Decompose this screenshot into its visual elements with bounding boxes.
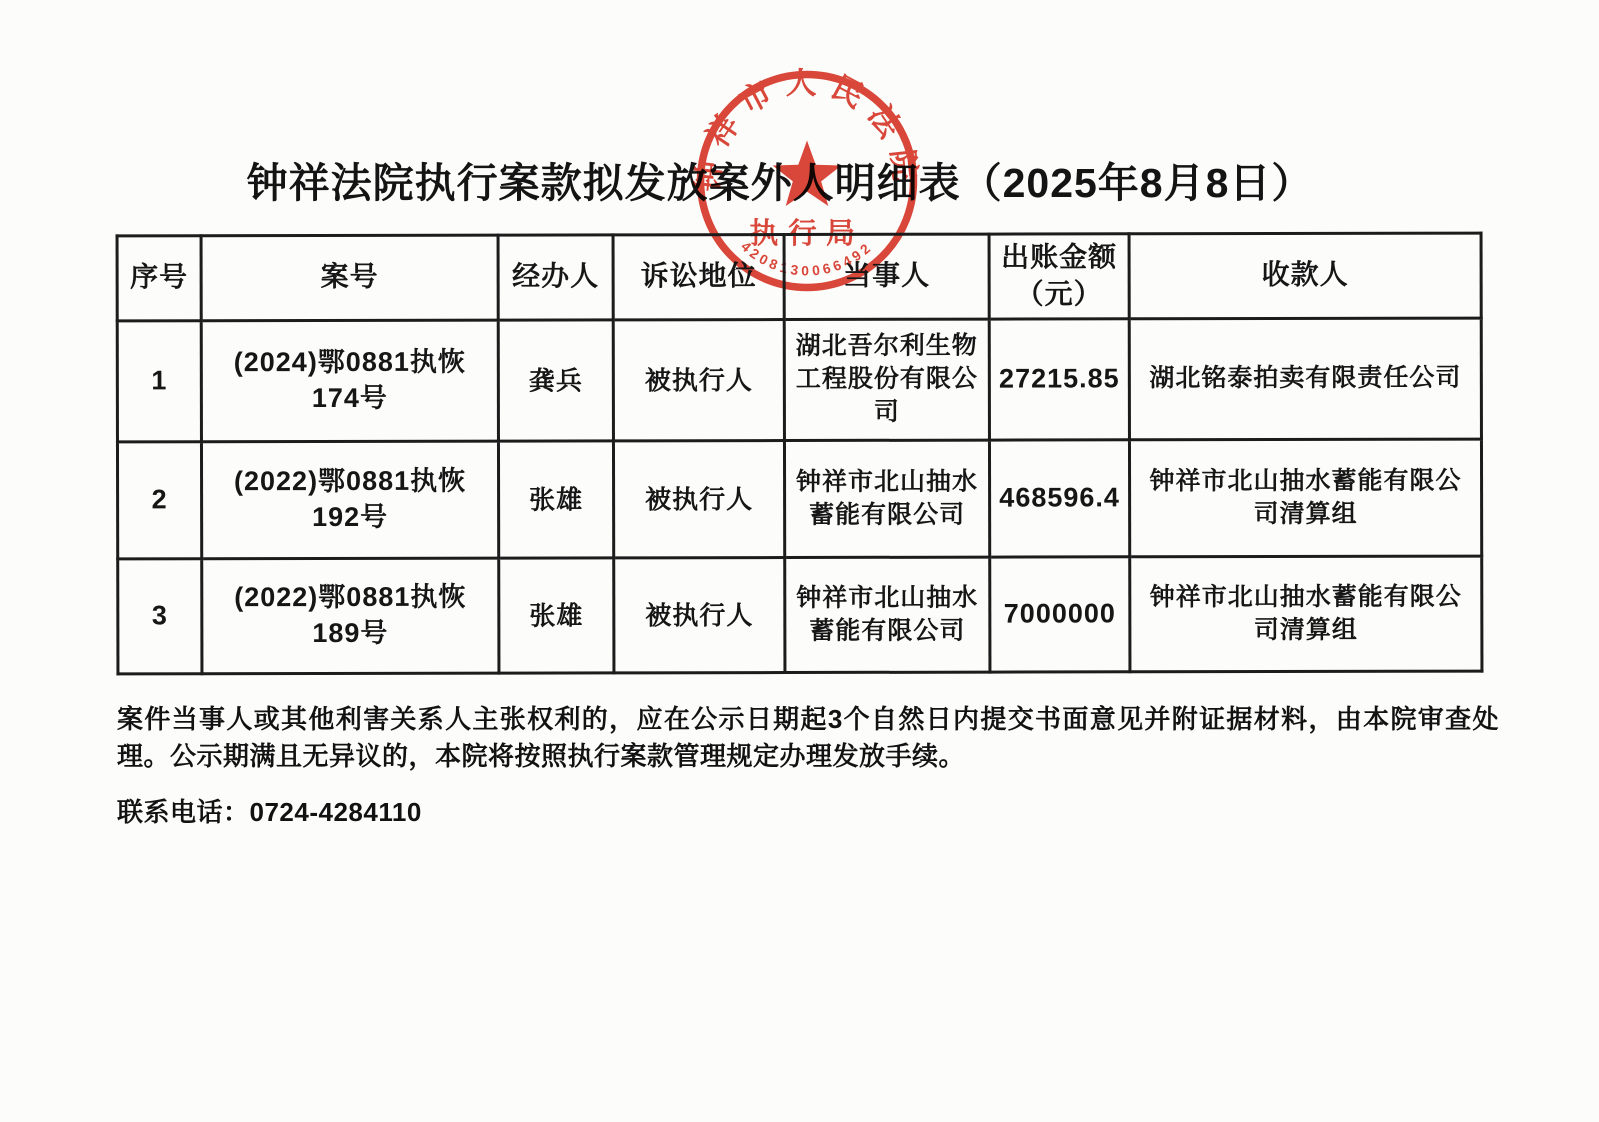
cell-amount: 468596.4 <box>989 440 1129 557</box>
cell-case-no: (2022)鄂0881执恢189号 <box>202 558 499 674</box>
cell-case-no: (2024)鄂0881执恢174号 <box>201 320 498 442</box>
table-row: 1 (2024)鄂0881执恢174号 龚兵 被执行人 湖北吾尔利生物工程股份有… <box>117 318 1481 442</box>
document-page: 钟祥法院执行案款拟发放案外人明细表（2025年8月8日） 钟祥市人民法院 执行局… <box>0 0 1599 1122</box>
cell-litigation-role: 被执行人 <box>613 319 784 440</box>
column-header-amount: 出账金额 （元） <box>989 234 1129 319</box>
column-header-case-no: 案号 <box>201 235 498 321</box>
cell-party: 钟祥市北山抽水蓄能有限公司 <box>784 440 989 557</box>
cell-party: 钟祥市北山抽水蓄能有限公司 <box>785 557 990 672</box>
cell-handler: 张雄 <box>498 441 613 558</box>
cell-litigation-role: 被执行人 <box>613 440 784 557</box>
notes-paragraph: 案件当事人或其他利害关系人主张权利的，应在公示日期起3个自然日内提交书面意见并附… <box>117 701 1499 775</box>
cell-payee: 钟祥市北山抽水蓄能有限公司清算组 <box>1130 556 1482 672</box>
cell-handler: 张雄 <box>499 558 614 673</box>
cell-case-no: (2022)鄂0881执恢192号 <box>201 441 498 559</box>
contact-phone: 联系电话：0724-4284110 <box>117 792 422 829</box>
cell-seq: 1 <box>117 321 201 442</box>
cell-litigation-role: 被执行人 <box>614 557 785 672</box>
cell-seq: 2 <box>117 442 201 559</box>
column-header-amount-line2: （元） <box>999 276 1120 313</box>
column-header-seq: 序号 <box>117 236 201 321</box>
cell-party: 湖北吾尔利生物工程股份有限公司 <box>784 319 989 440</box>
table-row: 3 (2022)鄂0881执恢189号 张雄 被执行人 钟祥市北山抽水蓄能有限公… <box>118 556 1482 674</box>
column-header-amount-line1: 出账金额 <box>999 239 1120 276</box>
cell-amount: 7000000 <box>990 557 1130 672</box>
column-header-payee: 收款人 <box>1129 233 1481 319</box>
cell-handler: 龚兵 <box>498 320 613 441</box>
column-header-handler: 经办人 <box>498 235 613 320</box>
table-row: 2 (2022)鄂0881执恢192号 张雄 被执行人 钟祥市北山抽水蓄能有限公… <box>117 439 1481 559</box>
table-header-row: 序号 案号 经办人 诉讼地位 当事人 出账金额 （元） 收款人 <box>117 233 1481 321</box>
column-header-party: 当事人 <box>784 234 989 319</box>
column-header-litigation-role: 诉讼地位 <box>613 235 784 320</box>
page-title: 钟祥法院执行案款拟发放案外人明细表（2025年8月8日） <box>20 150 1540 209</box>
cell-payee: 钟祥市北山抽水蓄能有限公司清算组 <box>1129 439 1481 557</box>
cell-amount: 27215.85 <box>989 319 1129 440</box>
case-funds-table: 序号 案号 经办人 诉讼地位 当事人 出账金额 （元） 收款人 1 (2024)… <box>116 232 1484 676</box>
cell-payee: 湖北铭泰拍卖有限责任公司 <box>1129 318 1481 440</box>
cell-seq: 3 <box>118 559 202 674</box>
